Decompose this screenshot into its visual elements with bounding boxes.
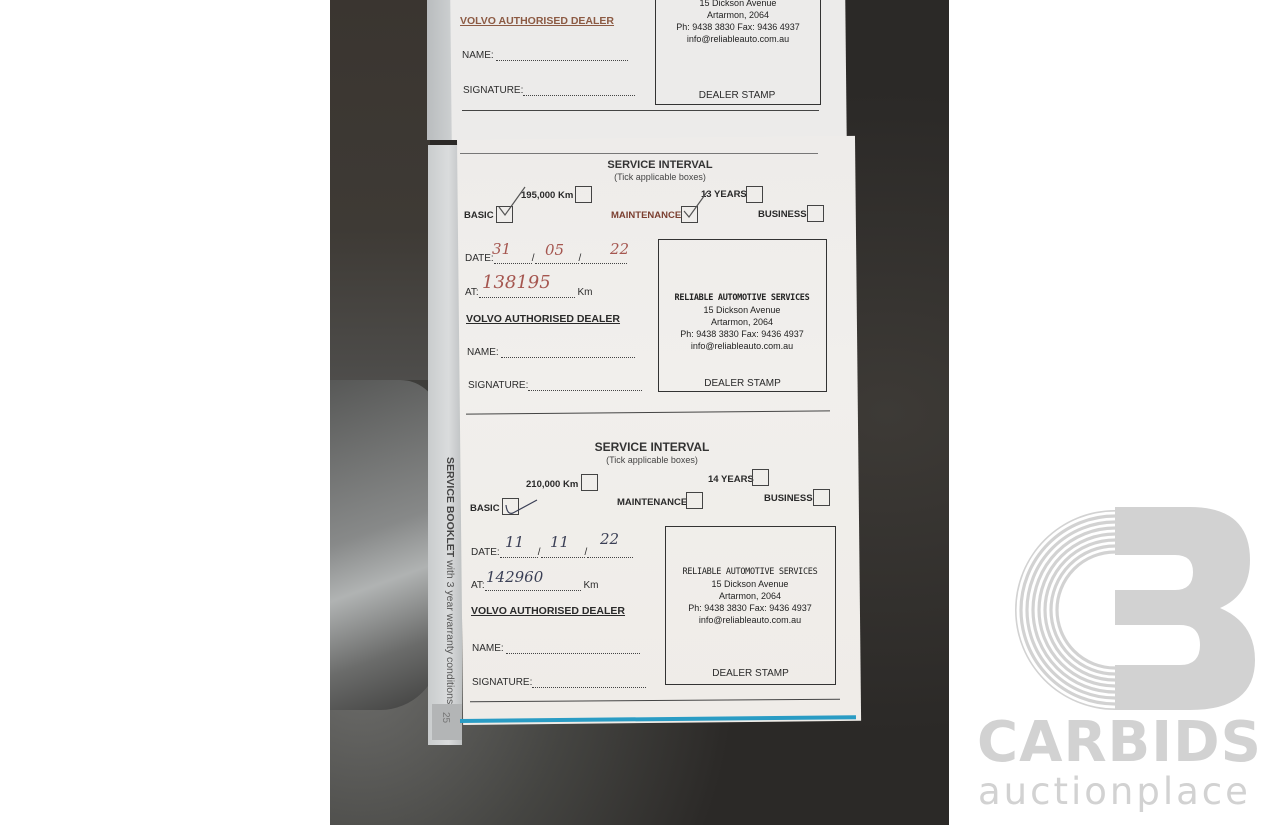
date-day-handwritten: 31 xyxy=(492,240,511,258)
checkmark-icon xyxy=(503,497,539,519)
page-number: 25 xyxy=(440,712,451,723)
signature-field-top[interactable]: SIGNATURE: xyxy=(463,85,635,96)
stamp-address: 15 Dickson Avenue xyxy=(660,0,816,9)
divider xyxy=(462,110,819,111)
date-label: DATE: xyxy=(465,253,494,264)
service-interval-title: SERVICE INTERVAL xyxy=(560,159,760,171)
dealer-stamp: RELIABLE AUTOMOTIVE SERVICES 15 Dickson … xyxy=(670,566,830,626)
dealer-stamp-label: DEALER STAMP xyxy=(667,668,834,679)
stamp-suburb: Artarmon, 2064 xyxy=(660,9,816,21)
divider xyxy=(460,153,818,154)
maintenance-label: MAINTENANCE xyxy=(611,210,681,221)
signature-field[interactable]: SIGNATURE: xyxy=(472,677,646,688)
business-checkbox[interactable] xyxy=(807,205,824,222)
business-label: BUSINESS xyxy=(758,209,807,220)
date-year-handwritten: 22 xyxy=(600,530,619,548)
dealer-stamp-label-top: DEALER STAMP xyxy=(657,90,817,101)
service-interval-subtitle: (Tick applicable boxes) xyxy=(560,172,760,182)
checkmark-icon xyxy=(495,185,527,219)
service-interval-title: SERVICE INTERVAL xyxy=(552,440,752,454)
dealer-heading: VOLVO AUTHORISED DEALER xyxy=(471,605,625,617)
name-field[interactable]: NAME: xyxy=(467,347,635,358)
service-interval-subtitle: (Tick applicable boxes) xyxy=(552,455,752,465)
spine-title: SERVICE BOOKLET with 3 year warranty con… xyxy=(436,457,456,697)
stamp-company: RELIABLE AUTOMOTIVE SERVICES xyxy=(670,566,830,578)
name-field[interactable]: NAME: xyxy=(472,643,640,654)
km-checkbox[interactable] xyxy=(575,186,592,203)
stamp-company: RELIABLE AUTOMOTIVE SERVICES xyxy=(662,292,822,304)
dealer-stamp-top: 15 Dickson Avenue Artarmon, 2064 Ph: 943… xyxy=(660,0,816,45)
leather-highlight xyxy=(330,380,440,710)
date-year-handwritten: 22 xyxy=(610,240,629,258)
km-option-label: 195,000 Km xyxy=(521,190,573,201)
stamp-suburb: Artarmon, 2064 xyxy=(662,316,822,328)
spine-title-rest: with 3 year warranty conditions xyxy=(444,557,456,704)
business-label: BUSINESS xyxy=(764,493,813,504)
odometer-handwritten: 142960 xyxy=(486,568,543,586)
basic-label: BASIC xyxy=(470,503,500,514)
signature-field[interactable]: SIGNATURE: xyxy=(468,380,642,391)
stamp-email: info@reliableauto.com.au xyxy=(662,340,822,352)
carbids-brand: CARBIDS xyxy=(977,710,1262,775)
auctionplace-tagline: auctionplace xyxy=(978,770,1251,813)
business-checkbox[interactable] xyxy=(813,489,830,506)
dealer-heading-top: VOLVO AUTHORISED DEALER xyxy=(460,15,614,27)
name-label: NAME: xyxy=(467,347,499,358)
date-month-handwritten: 05 xyxy=(545,241,564,259)
signature-label: SIGNATURE: xyxy=(463,85,523,96)
date-month-handwritten: 11 xyxy=(550,533,569,551)
km-checkbox[interactable] xyxy=(581,474,598,491)
maintenance-checkbox[interactable] xyxy=(686,492,703,509)
name-label: NAME: xyxy=(462,50,494,61)
stamp-address: 15 Dickson Avenue xyxy=(662,304,822,316)
stamp-email: info@reliableauto.com.au xyxy=(670,614,830,626)
years-option-label: 14 YEARS xyxy=(708,474,754,485)
at-label: AT: xyxy=(471,580,485,591)
name-label: NAME: xyxy=(472,643,504,654)
stamp-phone: Ph: 9438 3830 Fax: 9436 4937 xyxy=(670,602,830,614)
stamp-suburb: Artarmon, 2064 xyxy=(670,590,830,602)
at-label: AT: xyxy=(465,287,479,298)
signature-label: SIGNATURE: xyxy=(472,677,532,688)
spine-title-bold: SERVICE BOOKLET xyxy=(444,457,456,557)
stamp-phone: Ph: 9438 3830 Fax: 9436 4937 xyxy=(660,21,816,33)
name-field-top[interactable]: NAME: xyxy=(462,50,628,61)
km-unit: Km xyxy=(584,580,599,591)
date-day-handwritten: 11 xyxy=(505,533,524,551)
checkmark-icon xyxy=(681,190,709,220)
years-checkbox[interactable] xyxy=(752,469,769,486)
stamp-email: info@reliableauto.com.au xyxy=(660,33,816,45)
basic-label: BASIC xyxy=(464,210,494,221)
years-checkbox[interactable] xyxy=(746,186,763,203)
km-option-label: 210,000 Km xyxy=(526,479,578,490)
signature-label: SIGNATURE: xyxy=(468,380,528,391)
dealer-stamp: RELIABLE AUTOMOTIVE SERVICES 15 Dickson … xyxy=(662,292,822,352)
odometer-handwritten: 138195 xyxy=(482,272,551,293)
stamp-phone: Ph: 9438 3830 Fax: 9436 4937 xyxy=(662,328,822,340)
leather-seat xyxy=(330,0,430,380)
stamp-address: 15 Dickson Avenue xyxy=(670,578,830,590)
dealer-heading: VOLVO AUTHORISED DEALER xyxy=(466,313,620,325)
date-label: DATE: xyxy=(471,547,500,558)
maintenance-label: MAINTENANCE xyxy=(617,497,687,508)
dealer-stamp-label: DEALER STAMP xyxy=(660,378,825,389)
km-unit: Km xyxy=(578,287,593,298)
